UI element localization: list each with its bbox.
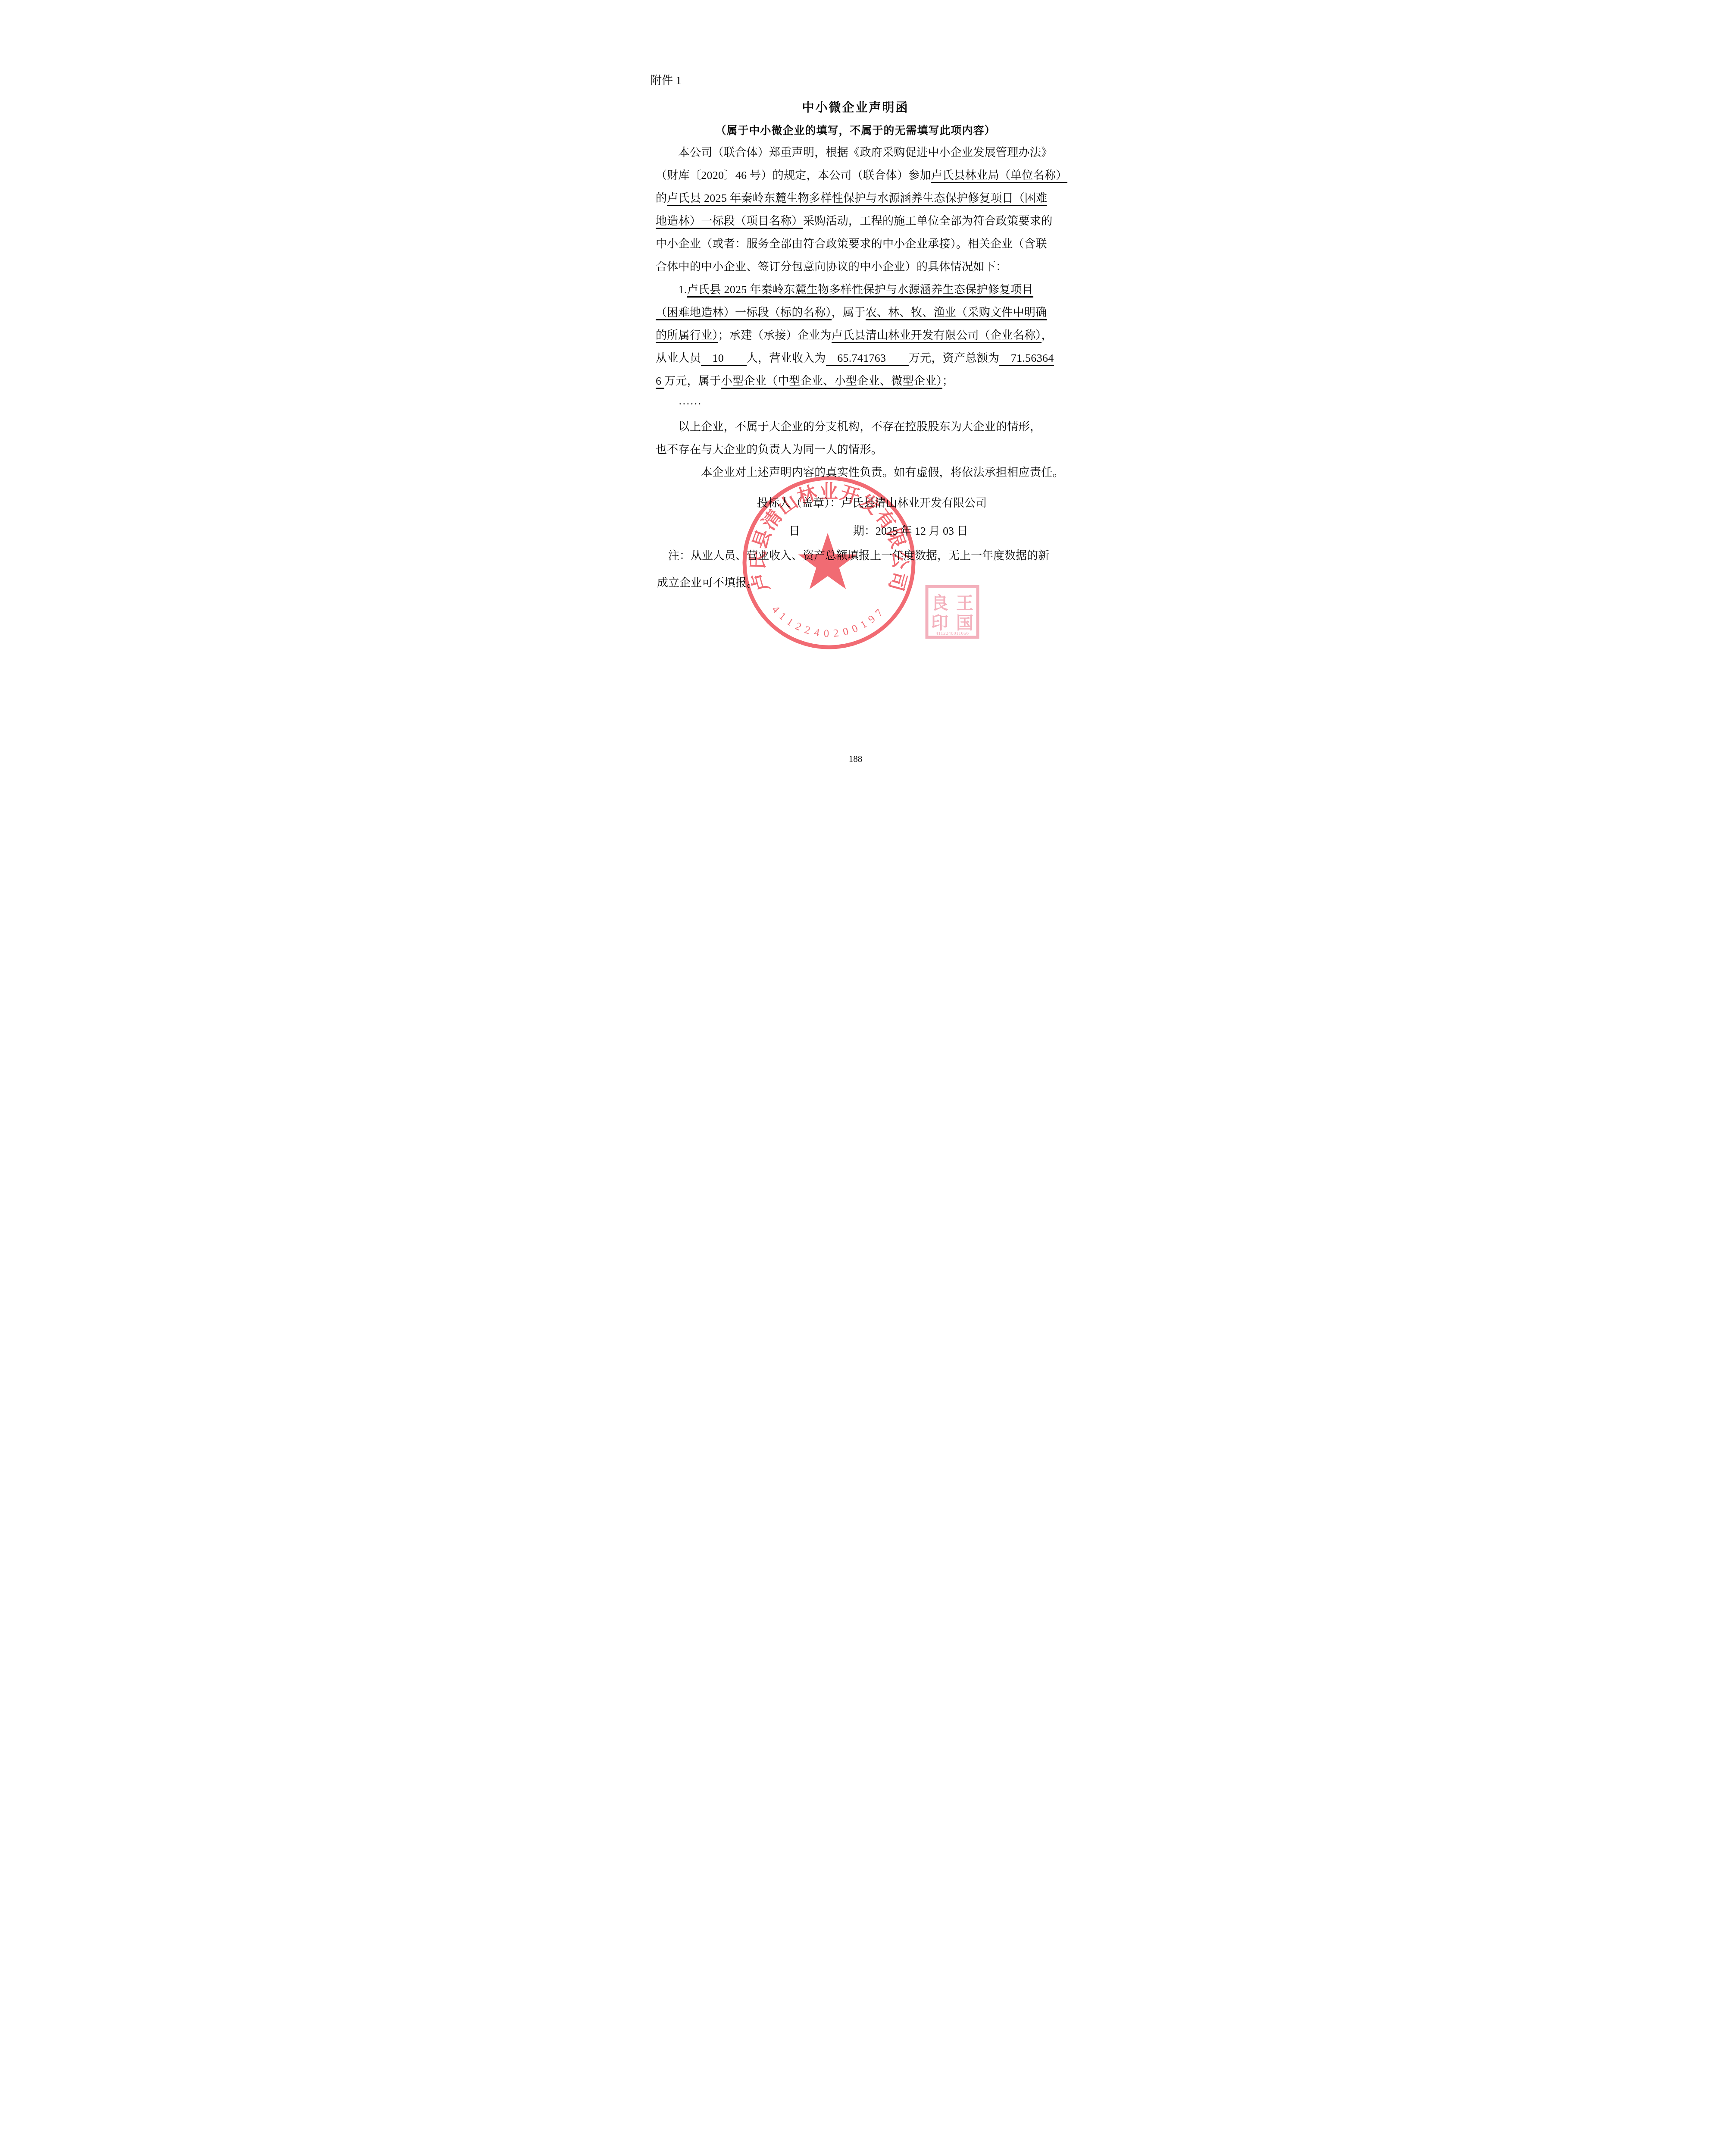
underlined-fill-in: 的所属行业） bbox=[656, 329, 718, 343]
body-segment: 合体中的中小企业、签订分包意向协议的中小企业）的具体情况如下： bbox=[656, 260, 1007, 273]
body-segment: 中小企业（或者：服务全部由符合政策要求的中小企业承接）。相关企业（含联 bbox=[656, 238, 1047, 250]
body-segment: ， bbox=[1042, 329, 1053, 342]
page-title: 中小微企业声明函 bbox=[570, 98, 1141, 116]
body-line: 合体中的中小企业、签订分包意向协议的中小企业）的具体情况如下： bbox=[656, 255, 1061, 278]
underlined-fill-in: 65.741763 bbox=[826, 352, 909, 366]
body-line: ······ bbox=[656, 392, 1061, 415]
name-stamp-char-tr: 王 bbox=[956, 593, 973, 613]
underlined-fill-in: 6 bbox=[656, 375, 664, 389]
body-line: 从业人员 10 人，营业收入为 65.741763 万元，资产总额为 71.56… bbox=[656, 347, 1061, 370]
attachment-label: 附件 1 bbox=[651, 73, 682, 88]
body-line: 6 万元，属于小型企业（中型企业、小型企业、微型企业）； bbox=[656, 370, 1061, 392]
body-segment: ······ bbox=[656, 398, 701, 410]
body-line: （困难地造林）一标段（标的名称），属于农、林、牧、渔业（采购文件中明确 bbox=[656, 301, 1061, 324]
body-line: 的所属行业）；承建（承接）企业为卢氏县清山林业开发有限公司（企业名称）， bbox=[656, 324, 1061, 347]
body-line: 地造林）一标段（项目名称）采购活动，工程的施工单位全部为符合政策要求的 bbox=[656, 210, 1061, 232]
page-subtitle: （属于中小微企业的填写，不属于的无需填写此项内容） bbox=[570, 122, 1141, 138]
body-line: 1.卢氏县 2025 年秦岭东麓生物多样性保护与水源涵养生态保护修复项目 bbox=[656, 278, 1061, 301]
body-line: 以上企业，不属于大企业的分支机构，不存在控股股东为大企业的情形， bbox=[656, 415, 1061, 438]
body-segment: ，属于 bbox=[832, 306, 866, 319]
body-line: 本公司（联合体）郑重声明，根据《政府采购促进中小企业发展管理办法》 bbox=[656, 141, 1061, 164]
underlined-fill-in: 卢氏县 2025 年秦岭东麓生物多样性保护与水源涵养生态保护修复项目（困难 bbox=[667, 192, 1047, 206]
underlined-fill-in: 卢氏县 2025 年秦岭东麓生物多样性保护与水源涵养生态保护修复项目 bbox=[687, 283, 1033, 298]
body-segment: 1. bbox=[656, 283, 687, 296]
underlined-fill-in: 卢氏县林业局（单位名称） bbox=[931, 169, 1067, 183]
personal-name-stamp: 良 王 印 国 4112240011056 bbox=[925, 585, 979, 642]
underlined-fill-in: 地造林）一标段（项目名称） bbox=[656, 215, 803, 229]
name-stamp-char-tl: 良 bbox=[931, 593, 948, 613]
page-number: 188 bbox=[570, 754, 1141, 765]
body-line: 也不存在与大企业的负责人为同一人的情形。 bbox=[656, 438, 1061, 461]
body-segment: 也不存在与大企业的负责人为同一人的情形。 bbox=[656, 443, 882, 456]
body-line: 的卢氏县 2025 年秦岭东麓生物多样性保护与水源涵养生态保护修复项目（困难 bbox=[656, 187, 1061, 210]
body-segment: 采购活动，工程的施工单位全部为符合政策要求的 bbox=[803, 215, 1053, 227]
underlined-fill-in: 农、林、牧、渔业（采购文件中明确 bbox=[866, 306, 1047, 320]
underlined-fill-in: 小型企业（中型企业、小型企业、微型企业） bbox=[721, 375, 942, 389]
body-segment: 本公司（联合体）郑重声明，根据《政府采购促进中小企业发展管理办法》 bbox=[656, 146, 1053, 159]
name-stamp-char-bl: 印 bbox=[931, 613, 948, 633]
underlined-fill-in: 71.56364 bbox=[999, 352, 1054, 366]
body-line: （财库〔2020〕46 号）的规定，本公司（联合体）参加卢氏县林业局（单位名称） bbox=[656, 164, 1061, 187]
body-segment: 万元，资产总额为 bbox=[909, 352, 999, 364]
body-segment: 从业人员 bbox=[656, 352, 701, 364]
body-segment: 万元，属于 bbox=[664, 375, 721, 387]
star-icon bbox=[798, 533, 857, 589]
declaration-document-page: 附件 1 中小微企业声明函 （属于中小微企业的填写，不属于的无需填写此项内容） … bbox=[570, 0, 1141, 807]
underlined-fill-in: 10 bbox=[701, 352, 747, 366]
body-segment: 以上企业，不属于大企业的分支机构，不存在控股股东为大企业的情形， bbox=[656, 420, 1041, 433]
name-stamp-char-br: 国 bbox=[956, 613, 973, 633]
body-segment: 的 bbox=[656, 192, 667, 204]
body-segment: 人，营业收入为 bbox=[747, 352, 826, 364]
underlined-fill-in: （困难地造林）一标段（标的名称） bbox=[656, 306, 832, 320]
body-segment: （财库〔2020〕46 号）的规定，本公司（联合体）参加 bbox=[656, 169, 931, 182]
body-segment: ； bbox=[942, 375, 954, 387]
name-stamp-number: 4112240011056 bbox=[935, 631, 969, 636]
underlined-fill-in: 卢氏县清山林业开发有限公司（企业名称） bbox=[832, 329, 1042, 343]
body-line: 中小企业（或者：服务全部由符合政策要求的中小企业承接）。相关企业（含联 bbox=[656, 232, 1061, 255]
company-seal-stamp: 卢氏县清山林业开发有限公司 4112240200197 bbox=[738, 472, 920, 653]
body-text: 本公司（联合体）郑重声明，根据《政府采购促进中小企业发展管理办法》（财库〔202… bbox=[656, 141, 1061, 484]
body-segment: ；承建（承接）企业为 bbox=[718, 329, 832, 342]
